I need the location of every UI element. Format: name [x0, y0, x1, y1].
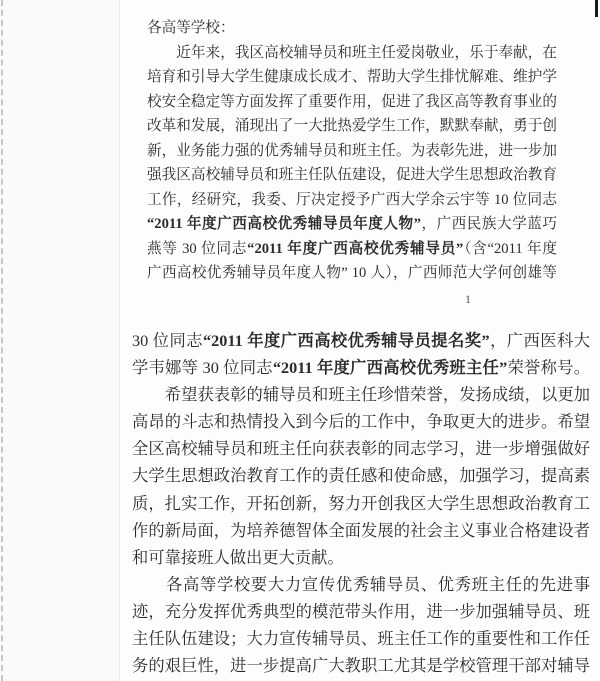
scanned-document-page: 各高等学校： 近年来，我区高校辅导员和班主任爱岗敬业，乐于奉献，在培育和引导大学…: [0, 0, 600, 681]
text-segment: 全区高校辅导员和班主任向获表彰的同志学习，进一步增强做好: [132, 439, 590, 458]
text-segment: 改革和发展，涌现出了一大批热爱学生工作，默默奉献，勇于创: [147, 118, 557, 134]
left-edge-dashed-line: [1, 0, 3, 681]
text-segment: 燕等 30 位同志: [147, 241, 247, 257]
text-line: 培育和引导大学生健康成长成才、帮助大学生排忧解难、维护学: [147, 65, 557, 90]
text-segment: 培育和引导大学生健康成长成才、帮助大学生排忧解难、维护学: [147, 69, 557, 85]
text-segment: 各高等学校要大力宣传优秀辅导员、优秀班主任的先进事: [132, 575, 590, 594]
text-segment: 近年来，我区高校辅导员和班主任爱岗敬业，乐于奉献，在: [147, 45, 557, 61]
text-segment: 工作，经研究，我委、厅决定授予广西大学余云宇等 10 位同志: [147, 192, 557, 208]
award-title-bold-text: “2011 年度广西高校优秀辅导员年度人物”: [147, 216, 421, 232]
text-line: 工作，经研究，我委、厅决定授予广西大学余云宇等 10 位同志: [147, 188, 557, 213]
text-segment: 荣誉称号。: [507, 358, 590, 377]
text-segment: 质，扎实工作，开拓创新，努力开创我区大学生思想政治教育工: [132, 494, 590, 513]
text-segment: 各高等学校：: [147, 20, 235, 36]
text-line: 30 位同志“2011 年度广西高校优秀辅导员提名奖”，广西医科大: [132, 327, 590, 354]
award-title-bold-text: “2011 年度广西高校优秀辅导员提名奖”: [203, 331, 490, 350]
text-segment: （含“2011 年度: [463, 241, 557, 257]
text-segment: 和可靠接班人做出更大贡献。: [132, 548, 344, 567]
text-line: 高昂的斗志和热情投入到今后的工作中，争取更大的进步。希望: [132, 408, 590, 435]
text-line: 迹，充分发挥优秀典型的模范带头作用，进一步加强辅导员、班: [132, 598, 590, 625]
text-segment: 迹，充分发挥优秀典型的模范带头作用，进一步加强辅导员、班: [132, 602, 590, 621]
text-line: 近年来，我区高校辅导员和班主任爱岗敬业，乐于奉献，在: [147, 41, 557, 66]
text-line: 全区高校辅导员和班主任向获表彰的同志学习，进一步增强做好: [132, 435, 590, 462]
text-line: 改革和发展，涌现出了一大批热爱学生工作，默默奉献，勇于创: [147, 114, 557, 139]
text-segment: 大学生思想政治教育工作的责任感和使命感，加强学习，提高素: [132, 466, 590, 485]
text-line: 主任队伍建设；大力宣传辅导员、班主任工作的重要性和工作任: [132, 625, 590, 652]
text-segment: 高昂的斗志和热情投入到今后的工作中，争取更大的进步。希望: [132, 412, 590, 431]
text-segment: 校安全稳定等方面发挥了重要作用，促进了我区高等教育事业的: [147, 94, 557, 110]
text-segment: 广西高校优秀辅导员年度人物” 10 人），广西师范大学何创雄等: [147, 265, 557, 281]
text-line: 校安全稳定等方面发挥了重要作用，促进了我区高等教育事业的: [147, 90, 557, 115]
text-line: 务的艰巨性，进一步提高广大教职工尤其是学校管理干部对辅导: [132, 652, 590, 679]
page-left-edge-line: [119, 0, 120, 681]
text-segment: 主任队伍建设；大力宣传辅导员、班主任工作的重要性和工作任: [132, 629, 590, 648]
text-line: 质，扎实工作，开拓创新，努力开创我区大学生思想政治教育工: [132, 490, 590, 517]
text-line: 各高等学校要大力宣传优秀辅导员、优秀班主任的先进事: [132, 571, 590, 598]
scan-left-margin-strip: [0, 0, 119, 681]
text-line: 强我区高校辅导员和班主任队伍建设，促进大学生思想政治教育: [147, 163, 557, 188]
award-title-bold-text: “2011 年度广西高校优秀辅导员”: [247, 241, 463, 257]
text-segment: 新，业务能力强的优秀辅导员和班主任。为表彰先进，进一步加: [147, 143, 557, 159]
text-segment: 务的艰巨性，进一步提高广大教职工尤其是学校管理干部对辅导: [132, 656, 590, 675]
text-line: 大学生思想政治教育工作的责任感和使命感，加强学习，提高素: [132, 462, 590, 489]
page2-text-block: 30 位同志“2011 年度广西高校优秀辅导员提名奖”，广西医科大学韦娜等 30…: [132, 327, 590, 679]
text-segment: ，广西民族大学蓝巧: [421, 216, 557, 232]
text-line: 作的新局面，为培养德智体全面发展的社会主义事业合格建设者: [132, 517, 590, 544]
text-line: 和可靠接班人做出更大贡献。: [132, 544, 590, 571]
text-line: 学韦娜等 30 位同志“2011 年度广西高校优秀班主任”荣誉称号。: [132, 354, 590, 381]
text-line: 各高等学校：: [147, 16, 557, 41]
text-segment: 强我区高校辅导员和班主任队伍建设，促进大学生思想政治教育: [147, 167, 557, 183]
text-line: 广西高校优秀辅导员年度人物” 10 人），广西师范大学何创雄等: [147, 261, 557, 286]
text-segment: 学韦娜等 30 位同志: [132, 358, 273, 377]
text-line: “2011 年度广西高校优秀辅导员年度人物”，广西民族大学蓝巧: [147, 212, 557, 237]
text-line: 希望获表彰的辅导员和班主任珍惜荣誉，发扬成绩，以更加: [132, 381, 590, 408]
text-line: 燕等 30 位同志“2011 年度广西高校优秀辅导员”（含“2011 年度: [147, 237, 557, 262]
text-line: 新，业务能力强的优秀辅导员和班主任。为表彰先进，进一步加: [147, 139, 557, 164]
text-segment: ，广西医科大: [490, 331, 590, 350]
page-number: 1: [465, 292, 471, 307]
award-title-bold-text: “2011 年度广西高校优秀班主任”: [273, 358, 507, 377]
page1-text-block: 各高等学校： 近年来，我区高校辅导员和班主任爱岗敬业，乐于奉献，在培育和引导大学…: [147, 16, 557, 286]
text-segment: 希望获表彰的辅导员和班主任珍惜荣誉，发扬成绩，以更加: [132, 385, 590, 404]
scan-corner-mark: [595, 0, 598, 17]
text-segment: 作的新局面，为培养德智体全面发展的社会主义事业合格建设者: [132, 521, 590, 540]
text-segment: 30 位同志: [132, 331, 203, 350]
